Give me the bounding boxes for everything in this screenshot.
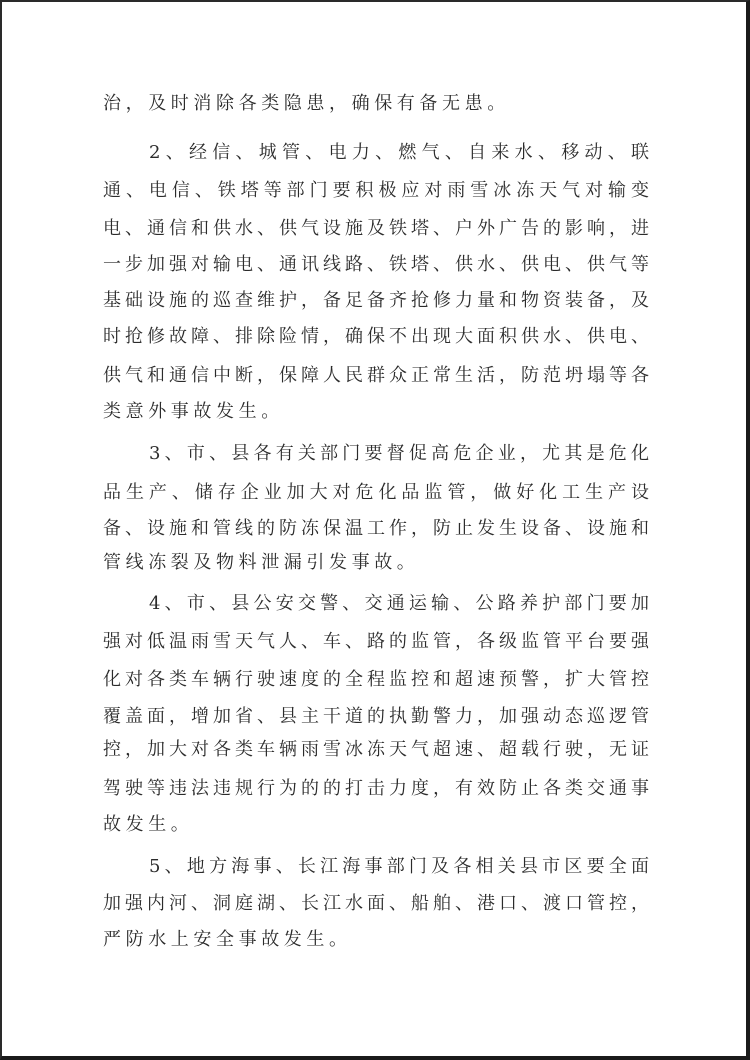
text-line: 3、市、县各有关部门要督促高危企业，尤其是危化 [149,442,649,466]
text-line: 4、市、县公安交警、交通运输、公路养护部门要加 [149,592,649,616]
text-line: 故发生。 [103,813,193,837]
text-line: 化对各类车辆行驶速度的全程监控和超速预警，扩大管控 [103,668,649,692]
text-line: 严防水上安全事故发生。 [103,928,352,952]
text-line: 覆盖面，增加省、县主干道的执勤警力，加强动态巡逻管 [103,705,649,729]
text-line: 驾驶等违法违规行为的的打击力度，有效防止各类交通事 [103,777,649,801]
text-line: 控，加大对各类车辆雨雪冰冻天气超速、超载行驶，无证 [103,738,649,762]
text-line: 加强内河、洞庭湖、长江水面、船舶、港口、渡口管控， [103,892,649,916]
text-line: 备、设施和管线的防冻保温工作，防止发生设备、设施和 [103,517,649,541]
text-line: 一步加强对输电、通讯线路、铁塔、供水、供电、供气等 [103,253,649,277]
text-line: 供气和通信中断，保障人民群众正常生活，防范坍塌等各 [103,364,649,388]
text-line: 管线冻裂及物料泄漏引发事故。 [103,551,419,575]
text-line: 2、经信、城管、电力、燃气、自来水、移动、联 [149,141,649,165]
text-line: 品生产、储存企业加大对危化品监管，做好化工生产设 [103,481,649,505]
text-line: 基础设施的巡查维护，备足备齐抢修力量和物资装备，及 [103,289,649,313]
text-line: 电、通信和供水、供气设施及铁塔、户外广告的影响，进 [103,217,649,241]
text-line: 强对低温雨雪天气人、车、路的监管，各级监管平台要强 [103,630,649,654]
text-line: 通、电信、铁塔等部门要积极应对雨雪冰冻天气对输变 [103,179,649,203]
text-line: 治，及时消除各类隐患，确保有备无患。 [103,92,510,116]
text-line: 时抢修故障、排除险情，确保不出现大面积供水、供电、 [103,325,649,349]
document-page: 治，及时消除各类隐患，确保有备无患。 2、经信、城管、电力、燃气、自来水、移动、… [0,0,750,1060]
text-line: 5、地方海事、长江海事部门及各相关县市区要全面 [149,855,649,879]
text-line: 类意外事故发生。 [103,400,284,424]
